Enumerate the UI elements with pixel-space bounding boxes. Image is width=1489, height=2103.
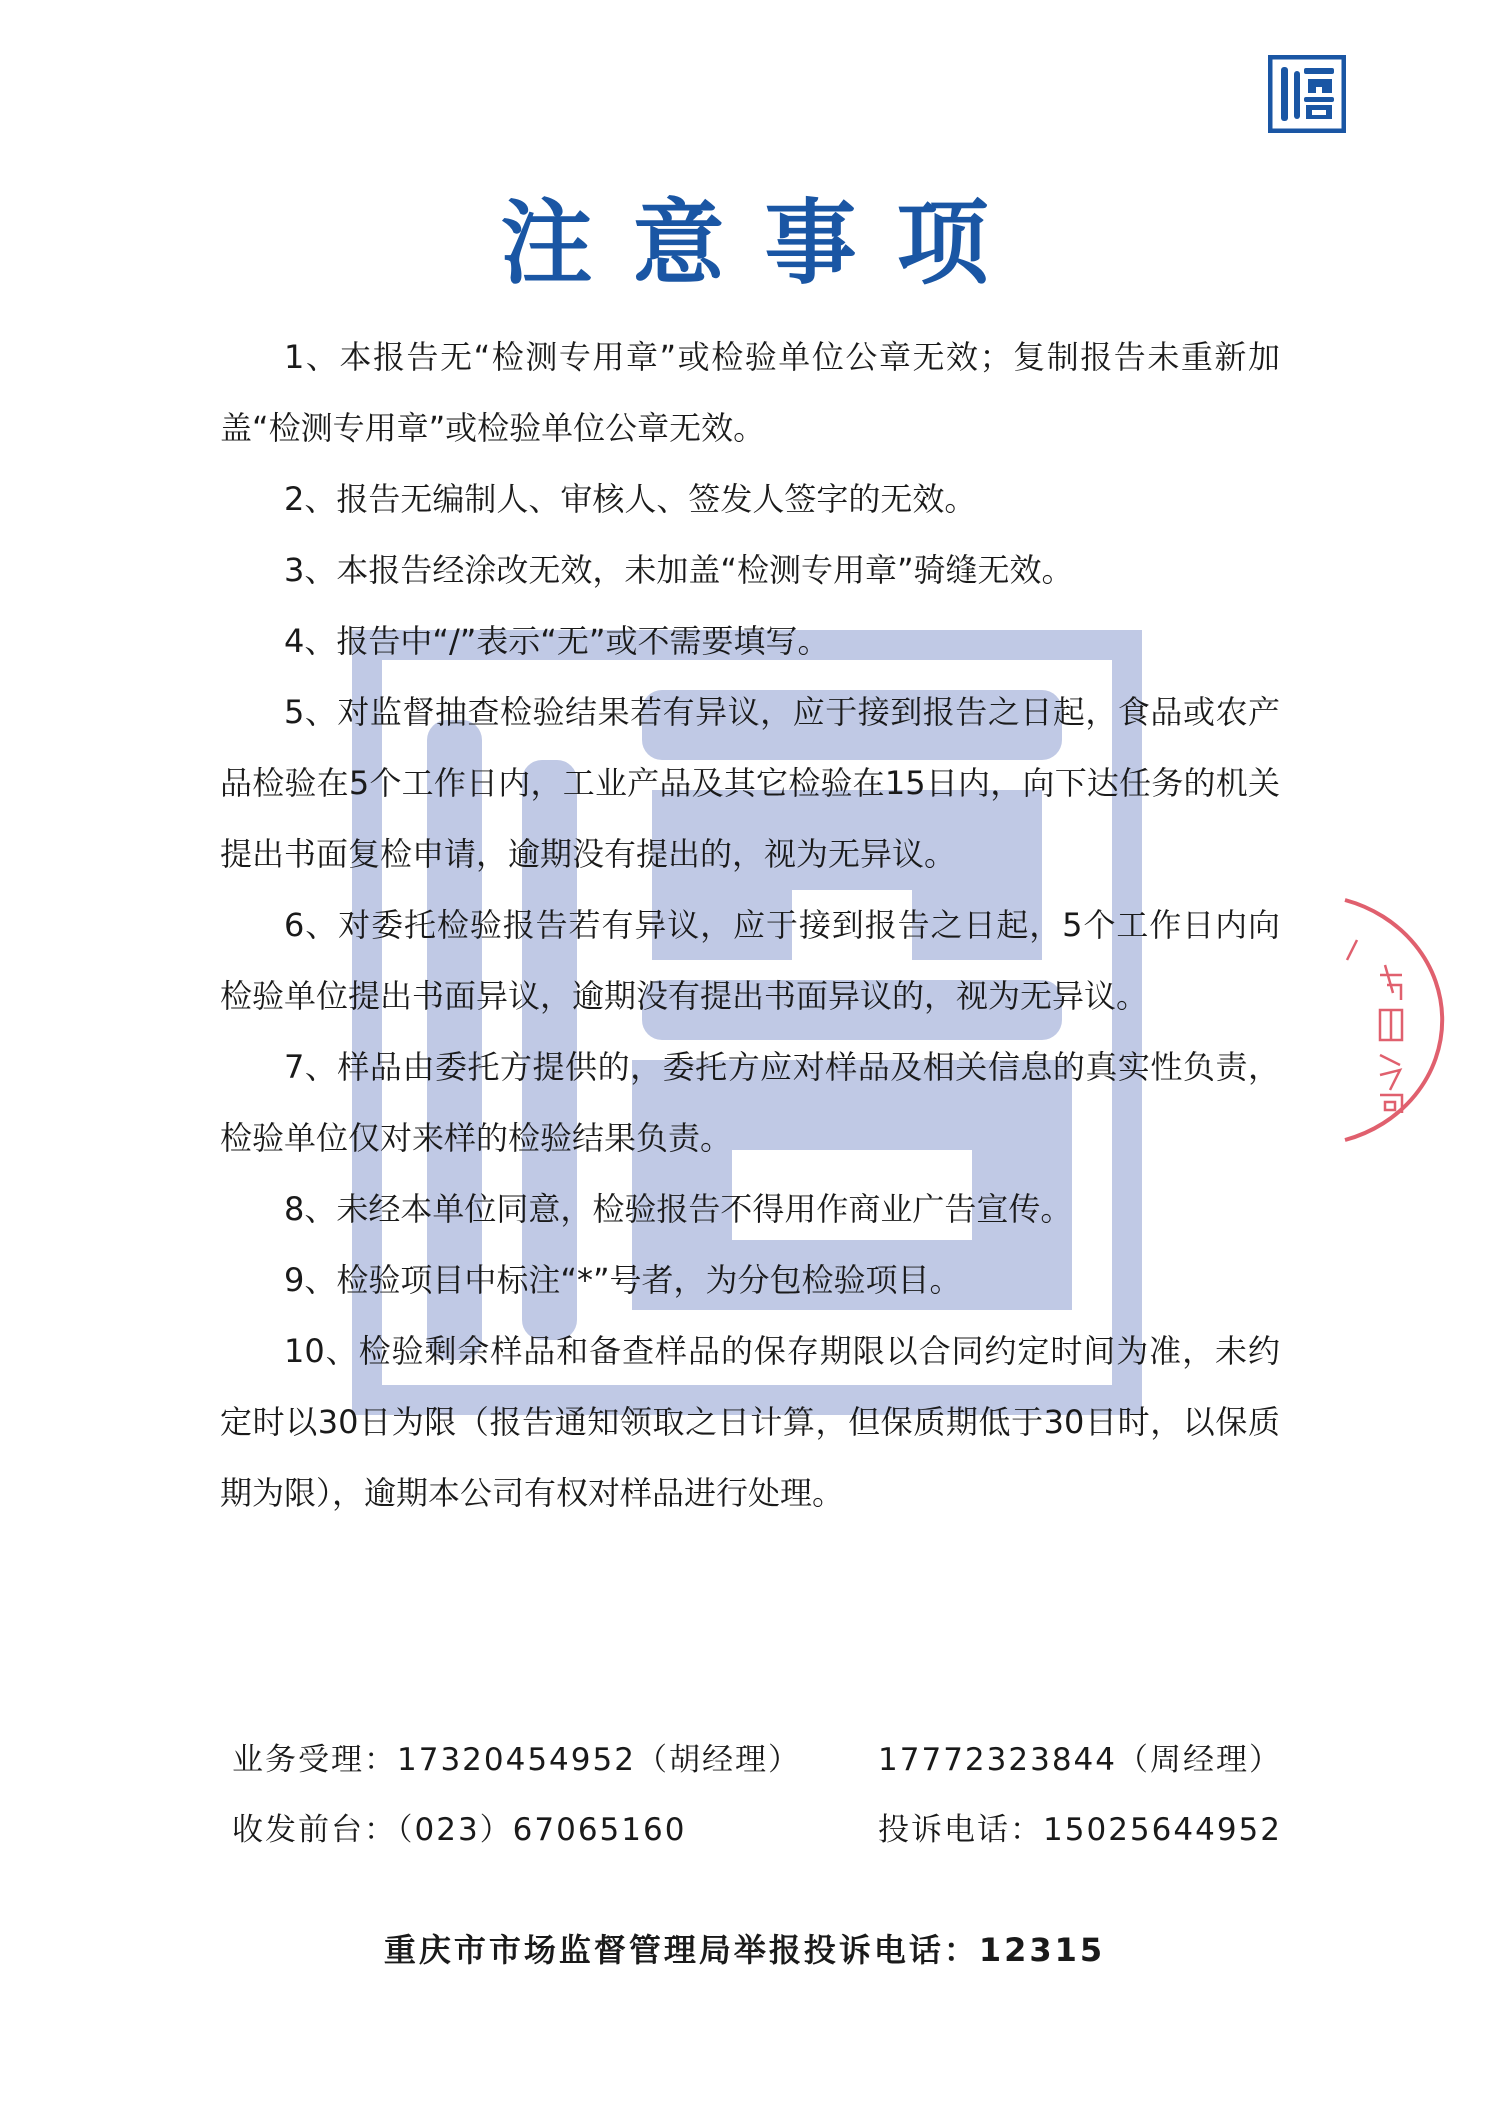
notice-item: 7、样品由委托方提供的，委托方应对样品及相关信息的真实性负责，检验单位仅对来样的… xyxy=(220,1032,1280,1174)
notice-item: 2、报告无编制人、审核人、签发人签字的无效。 xyxy=(220,464,1280,535)
complaint-phone: 15025644952 xyxy=(1043,1812,1282,1848)
company-red-seal-icon xyxy=(1335,890,1485,1150)
complaint-label: 投诉电话： xyxy=(878,1812,1043,1848)
notice-item: 9、检验项目中标注“*”号者，为分包检验项目。 xyxy=(220,1245,1280,1316)
business-contact: 业务受理：17320454952（胡经理） xyxy=(232,1725,801,1795)
reception-contact-row: 收发前台：（023）67065160 投诉电话：15025644952 xyxy=(232,1795,1282,1865)
notice-item: 4、报告中“/”表示“无”或不需要填写。 xyxy=(220,606,1280,677)
notice-item: 3、本报告经涂改无效，未加盖“检测专用章”骑缝无效。 xyxy=(220,535,1280,606)
notice-item: 5、对监督抽查检验结果若有异议，应于接到报告之日起，食品或农产品检验在5个工作日… xyxy=(220,677,1280,890)
business-phone-2: 17772323844（周经理） xyxy=(878,1725,1282,1795)
reception-phone: （023）67065160 xyxy=(397,1812,686,1848)
notice-list: 1、本报告无“检测专用章”或检验单位公章无效；复制报告未重新加盖“检测专用章”或… xyxy=(220,322,1280,1529)
notice-item: 8、未经本单位同意，检验报告不得用作商业广告宣传。 xyxy=(220,1174,1280,1245)
notice-item: 10、检验剩余样品和备查样品的保存期限以合同约定时间为准，未约定时以30日为限（… xyxy=(220,1316,1280,1529)
reception-label: 收发前台： xyxy=(232,1812,397,1848)
complaint-contact: 投诉电话：15025644952 xyxy=(878,1795,1282,1865)
reception-contact: 收发前台：（023）67065160 xyxy=(232,1795,686,1865)
notice-item: 6、对委托检验报告若有异议，应于接到报告之日起，5个工作日内向检验单位提出书面异… xyxy=(220,890,1280,1032)
business-phone-1: 17320454952（胡经理） xyxy=(397,1742,801,1778)
business-label: 业务受理： xyxy=(232,1742,397,1778)
business-contact-row: 业务受理：17320454952（胡经理） 17772323844（周经理） xyxy=(232,1725,1282,1795)
regulator-hotline: 重庆市市场监督管理局举报投诉电话：12315 xyxy=(0,1925,1489,1971)
notice-item: 1、本报告无“检测专用章”或检验单位公章无效；复制报告未重新加盖“检测专用章”或… xyxy=(220,322,1280,464)
company-seal-logo-icon xyxy=(1268,55,1346,133)
page-title: 注意事项 xyxy=(0,170,1489,302)
contact-info: 业务受理：17320454952（胡经理） 17772323844（周经理） 收… xyxy=(232,1725,1282,1865)
